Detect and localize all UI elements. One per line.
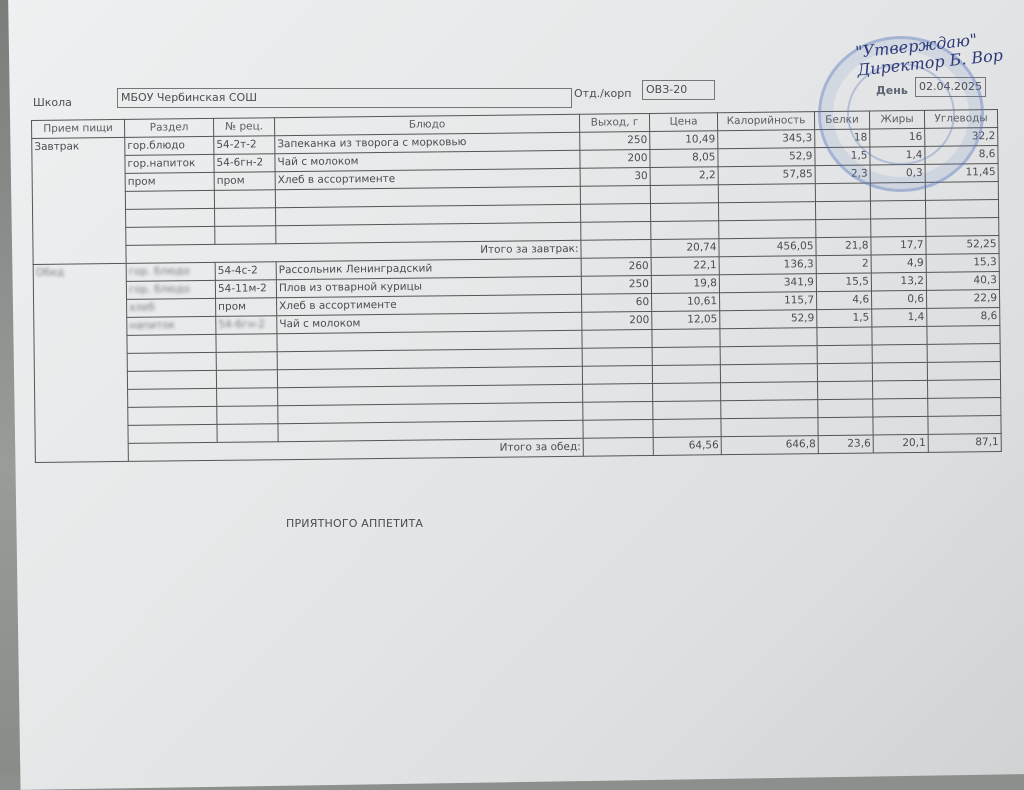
protein-cell: 4,6 [816, 291, 871, 310]
calories-cell: 52,9 [720, 310, 817, 329]
dept-label: Отд./корп [574, 87, 631, 100]
total-calories: 456,05 [719, 238, 816, 257]
calories-cell: 136,3 [719, 256, 816, 275]
total-output-cell [581, 239, 651, 258]
recipe-cell [216, 352, 277, 371]
calories-cell [719, 220, 816, 239]
output-cell: 250 [580, 131, 650, 150]
school-label: Школа [33, 96, 72, 109]
total-carbs: 87,1 [928, 434, 1001, 453]
recipe-cell [216, 334, 277, 353]
column-header: Выход, г [579, 113, 649, 132]
total-fat: 17,7 [871, 236, 926, 255]
carbs-cell [928, 380, 1001, 399]
recipe-cell [215, 226, 276, 245]
section-cell [127, 334, 216, 353]
protein-cell: 15,5 [816, 273, 871, 292]
column-header: Прием пищи [32, 119, 125, 138]
total-calories: 646,8 [721, 436, 818, 455]
section-cell [125, 190, 214, 209]
price-cell [652, 329, 720, 348]
fat-cell [870, 200, 925, 219]
recipe-cell [217, 406, 278, 425]
output-cell: 30 [580, 167, 650, 186]
calories-cell [720, 328, 817, 347]
calories-cell [720, 346, 817, 365]
total-output-cell [583, 437, 653, 456]
output-cell [582, 329, 652, 348]
section-cell: гор.блюдо [125, 136, 214, 155]
calories-cell: 345,3 [718, 130, 815, 149]
fat-cell [871, 218, 926, 237]
section-cell [127, 370, 216, 389]
price-cell [653, 383, 721, 402]
recipe-cell: 54-4с-2 [215, 262, 276, 281]
price-cell [650, 203, 718, 222]
protein-cell [817, 345, 872, 364]
output-cell: 250 [581, 275, 651, 294]
calories-cell: 52,9 [718, 148, 815, 167]
price-cell [652, 347, 720, 366]
protein-cell [818, 381, 873, 400]
calories-cell [721, 400, 818, 419]
meal-name: Обед [33, 263, 128, 462]
price-cell [651, 221, 719, 240]
calories-cell: 341,9 [719, 274, 816, 293]
menu-document: Школа МБОУ Чербинская СОШ Отд./корп ОВЗ-… [0, 0, 1024, 775]
fat-cell: 1,4 [872, 308, 927, 327]
section-cell: гор. блюдо [126, 280, 215, 299]
recipe-cell [215, 208, 276, 227]
recipe-cell: пром [214, 172, 275, 191]
price-cell: 10,61 [652, 293, 720, 312]
calories-cell [720, 364, 817, 383]
calories-cell [721, 382, 818, 401]
protein-cell [817, 363, 872, 382]
section-cell: гор. блюдо [126, 262, 215, 281]
recipe-cell [214, 190, 275, 209]
total-fat: 20,1 [873, 434, 928, 453]
output-cell [582, 347, 652, 366]
price-cell: 2,2 [650, 167, 718, 186]
output-cell: 200 [580, 149, 650, 168]
carbs-cell: 8,6 [927, 308, 1000, 327]
section-cell: пром [125, 172, 214, 191]
protein-cell [815, 201, 870, 220]
recipe-cell: 54-6гн-2 [214, 154, 275, 173]
section-cell [126, 208, 215, 227]
section-cell: гор.напиток [125, 154, 214, 173]
protein-cell: 2 [816, 255, 871, 274]
meal-name: Завтрак [32, 137, 126, 264]
output-cell: 60 [582, 293, 652, 312]
output-cell: 200 [582, 311, 652, 330]
output-cell [580, 185, 650, 204]
calories-cell [718, 202, 815, 221]
price-cell [653, 419, 721, 438]
section-cell [128, 424, 217, 443]
carbs-cell [927, 344, 1000, 363]
section-cell [126, 226, 215, 245]
carbs-cell [927, 326, 1000, 345]
recipe-cell: 54-6гн-2 [216, 316, 277, 335]
column-header: № рец. [213, 118, 274, 137]
price-cell: 10,49 [650, 131, 718, 150]
carbs-cell: 15,3 [926, 254, 999, 273]
total-price: 64,56 [653, 437, 721, 456]
fat-cell: 13,2 [871, 272, 926, 291]
recipe-cell [217, 388, 278, 407]
recipe-cell: 54-11м-2 [215, 280, 276, 299]
section-cell: напиток [127, 316, 216, 335]
output-cell [580, 203, 650, 222]
calories-cell: 115,7 [720, 292, 817, 311]
output-cell [581, 221, 651, 240]
total-price: 20,74 [651, 239, 719, 258]
carbs-cell [925, 200, 998, 219]
price-cell: 22,1 [651, 257, 719, 276]
carbs-cell: 22,9 [926, 290, 999, 309]
protein-cell: 1,5 [817, 309, 872, 328]
section-cell [128, 406, 217, 425]
output-cell [582, 365, 652, 384]
column-header: Калорийность [717, 112, 814, 131]
section-cell [127, 352, 216, 371]
total-protein: 23,6 [818, 435, 873, 454]
protein-cell [816, 219, 871, 238]
recipe-cell [216, 370, 277, 389]
recipe-cell: пром [216, 298, 277, 317]
fat-cell [873, 416, 928, 435]
protein-cell [815, 183, 870, 202]
calories-cell [721, 418, 818, 437]
school-field: МБОУ Чербинская СОШ [117, 88, 572, 108]
output-cell [583, 401, 653, 420]
price-cell [652, 365, 720, 384]
price-cell: 19,8 [651, 275, 719, 294]
output-cell [583, 419, 653, 438]
dept-field: ОВЗ-20 [642, 80, 715, 100]
column-header: Раздел [124, 118, 213, 137]
calories-cell [718, 184, 815, 203]
section-cell: хлеб [127, 298, 216, 317]
price-cell [650, 185, 718, 204]
fat-cell [872, 344, 927, 363]
recipe-cell: 54-2т-2 [214, 136, 275, 155]
fat-cell [873, 398, 928, 417]
price-cell: 12,05 [652, 311, 720, 330]
fat-cell: 4,9 [871, 254, 926, 273]
total-carbs: 52,25 [926, 236, 999, 255]
fat-cell [873, 380, 928, 399]
protein-cell [818, 417, 873, 436]
total-protein: 21,8 [816, 237, 871, 256]
protein-cell [818, 399, 873, 418]
protein-cell [817, 327, 872, 346]
price-cell [653, 401, 721, 420]
output-cell [583, 383, 653, 402]
footer-greeting: ПРИЯТНОГО АППЕТИТА [286, 517, 423, 530]
carbs-cell: 40,3 [926, 272, 999, 291]
carbs-cell [928, 416, 1001, 435]
section-cell [128, 388, 217, 407]
output-cell: 260 [581, 257, 651, 276]
fat-cell [872, 326, 927, 345]
carbs-cell [928, 398, 1001, 417]
fat-cell: 0,6 [871, 290, 926, 309]
carbs-cell [926, 218, 999, 237]
approval-signature: "Утверждаю" Директор Б. Вор [855, 28, 1004, 79]
recipe-cell [217, 424, 278, 443]
calories-cell: 57,85 [718, 166, 815, 185]
column-header: Цена [649, 113, 717, 132]
fat-cell [872, 362, 927, 381]
price-cell: 8,05 [650, 149, 718, 168]
carbs-cell [927, 362, 1000, 381]
